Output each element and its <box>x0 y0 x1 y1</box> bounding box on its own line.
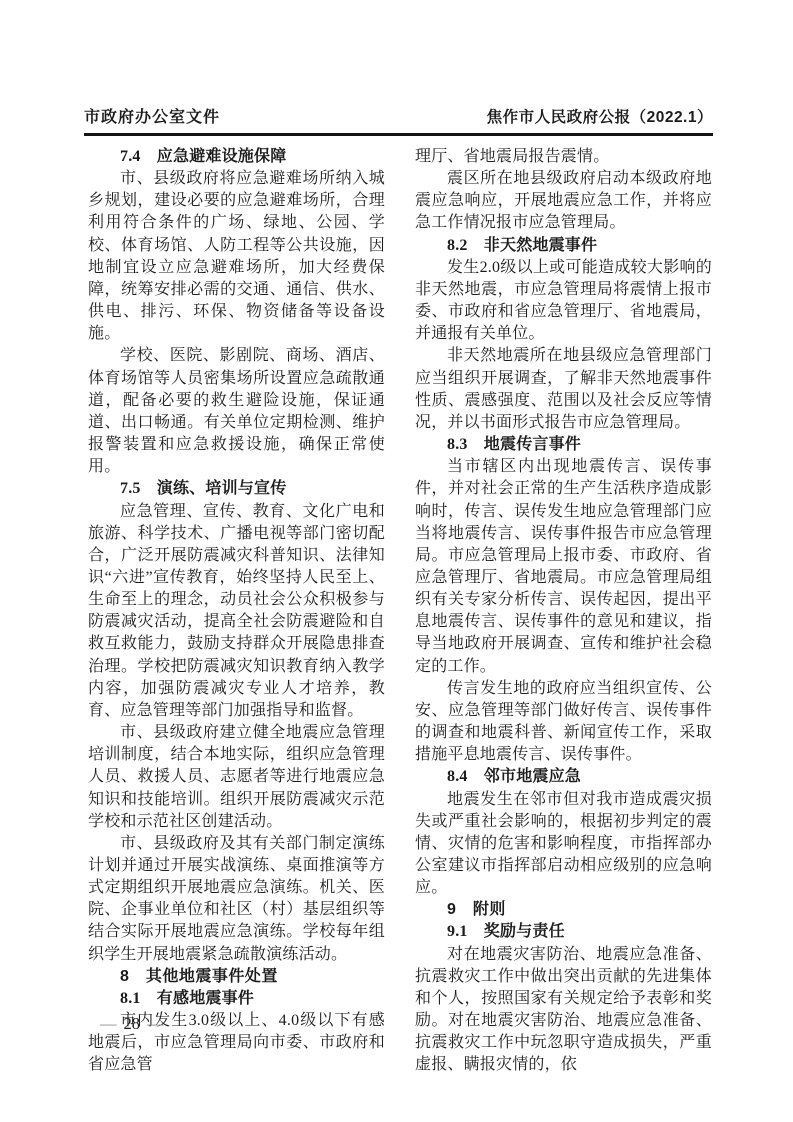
paragraph: 市、县级政府建立健全地震应急管理培训制度，结合本地实际，组织应急管理人员、救援人… <box>88 722 385 833</box>
paragraph: 市、县级政府及其有关部门制定演练计划并通过开展实战演练、桌面推演等方式定期组织开… <box>88 833 385 966</box>
subsection-heading: 8.4 邻市地震应急 <box>415 766 712 788</box>
paragraph: 震区所在地县级政府启动本级政府地震应急响应，开展地震应急工作，并将应急工作情况报… <box>415 168 712 234</box>
page-header: 市政府办公室文件 焦作市人民政府公报（2022.1） <box>84 104 713 136</box>
subsection-heading: 8.2 非天然地震事件 <box>415 235 712 257</box>
paragraph: 应急管理、宣传、教育、文化广电和旅游、科学技术、广播电视等部门密切配合，广泛开展… <box>88 501 385 723</box>
subsection-heading: 8.1 有感地震事件 <box>88 988 385 1010</box>
paragraph: 对在地震灾害防治、地震应急准备、抗震救灾工作中做出突出贡献的先进集体和个人，按照… <box>415 944 712 1077</box>
paragraph: 当市辖区内出现地震传言、误传事件，并对社会正常的生产生活秩序造成影响时，传言、误… <box>415 456 712 678</box>
gazette-page: 市政府办公室文件 焦作市人民政府公报（2022.1） 7.4 应急避难设施保障市… <box>0 0 793 1122</box>
paragraph-continued: 理厅、省地震局报告震情。 <box>415 146 712 168</box>
subsection-heading: 7.4 应急避难设施保障 <box>88 146 385 168</box>
paragraph: 非天然地震所在地县级应急管理部门应当组织开展调查，了解非天然地震事件性质、震感强… <box>415 345 712 434</box>
right-column: 理厅、省地震局报告震情。震区所在地县级政府启动本级政府地震应急响应，开展地震应急… <box>415 146 712 1077</box>
paragraph: 传言发生地的政府应当组织宣传、公安、应急管理等部门做好传言、误传事件的调查和地震… <box>415 678 712 767</box>
page-number: 28 <box>117 1014 148 1033</box>
footer-dash-left: — <box>100 1014 117 1033</box>
subsection-heading: 8.3 地震传言事件 <box>415 434 712 456</box>
header-gazette-title: 焦作市人民政府公报（2022.1） <box>487 105 713 127</box>
left-column: 7.4 应急避难设施保障市、县级政府将应急避难场所纳入城乡规划，建设必要的应急避… <box>88 146 385 1077</box>
header-document-source: 市政府办公室文件 <box>84 104 220 127</box>
section-heading: 8 其他地震事件处置 <box>88 966 385 988</box>
subsection-heading: 7.5 演练、培训与宣传 <box>88 478 385 500</box>
document-body: 7.4 应急避难设施保障市、县级政府将应急避难场所纳入城乡规划，建设必要的应急避… <box>88 146 712 1077</box>
paragraph: 市、县级政府将应急避难场所纳入城乡规划，建设必要的应急避难场所，合理利用符合条件… <box>88 168 385 345</box>
paragraph: 地震发生在邻市但对我市造成震灾损失或严重社会影响的，根据初步判定的震情、灾情的危… <box>415 789 712 900</box>
paragraph: 发生2.0级以上或可能造成较大影响的非天然地震，市应急管理局将震情上报市委、市政… <box>415 257 712 346</box>
footer-dash-right: — <box>147 1014 164 1033</box>
page-footer: —28— <box>100 1014 164 1034</box>
subsection-heading: 9.1 奖励与责任 <box>415 921 712 943</box>
paragraph: 学校、医院、影剧院、商场、酒店、体育场馆等人员密集场所设置应急疏散通道，配备必要… <box>88 345 385 478</box>
section-heading: 9 附则 <box>415 899 712 921</box>
